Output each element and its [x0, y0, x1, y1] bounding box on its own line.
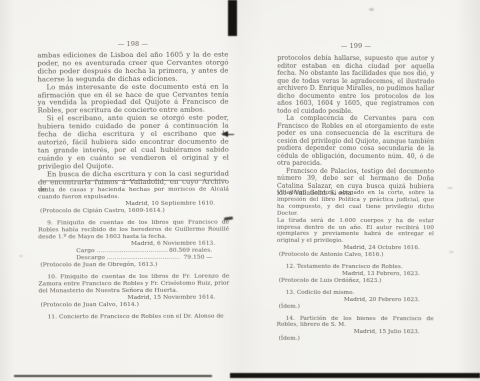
footnote-entry-text: Partición de los bienes de Francisco de …	[277, 315, 434, 328]
footnote-continuation: venta de casas y hacienda hechas por mor…	[38, 187, 229, 202]
footnote-source: (Protocolo de Luis Ordóñez, 1623.)	[277, 278, 434, 285]
ink-arrow-mark	[221, 131, 235, 138]
footnote-entry: 11. Concierto de Francisco de Robles con…	[39, 314, 230, 322]
footnote-entry-number: 14.	[286, 315, 295, 321]
body-paragraph: protocolos debía hallarse, supuesto que …	[277, 55, 434, 115]
footnote-entry-number: 12.	[286, 264, 295, 270]
body-paragraph: La complacencia de Cervantes para con Fr…	[277, 115, 434, 168]
footnote-entry-text: Finiquito de cuentas de los libros que F…	[38, 220, 229, 241]
account-row-descargo: Descargo ...............................…	[76, 255, 212, 263]
left-body-text: ambas ediciones de Lisboa del año 1605 y…	[37, 52, 229, 195]
scan-edge-bar-bottom-right	[230, 373, 480, 378]
footnote-entry-number: 11.	[48, 314, 58, 320]
right-footnotes: Villadiego Gamuza, abogado en la corte, …	[277, 190, 434, 345]
footnote-entry-text: Finiquito de cuentas de los libros de Fr…	[38, 274, 229, 295]
scan-speck	[369, 8, 374, 11]
right-body-text: protocolos debía hallarse, supuesto que …	[277, 55, 434, 198]
account-value: 79.150 —	[183, 255, 212, 262]
footnote-entry-text: Codicilo del mismo.	[297, 290, 355, 296]
footnote-entry-text: Concierto de Francisco de Robles con el …	[59, 314, 224, 321]
footnote-entry: 14. Partición de los bienes de Francisco…	[277, 315, 434, 329]
body-paragraph: ambas ediciones de Lisboa del año 1605 y…	[37, 52, 228, 84]
footnote-entry-text: Testamento de Francisco de Robles.	[297, 264, 403, 270]
footnote-source: (Ídem.)	[277, 303, 434, 310]
footnote-source: (Protocolo de Antonio Calvo, 1616.)	[277, 252, 434, 259]
footnote-entry-number: 10.	[47, 274, 57, 280]
scan-speck	[447, 187, 453, 189]
footnote-entry-number: 13.	[286, 290, 295, 296]
page-number-left: — 198 —	[37, 40, 228, 49]
footnote-continuation: Villadiego Gamuza, abogado en la corte, …	[277, 190, 434, 218]
left-page: — 198 — ambas ediciones de Lisboa del añ…	[37, 0, 230, 381]
footnote-source: (Ídem.)	[277, 336, 434, 343]
body-paragraph: Lo más interesante de este documento est…	[38, 83, 229, 115]
body-paragraph: Si el escribano, ante quien se otorgó es…	[38, 115, 229, 171]
right-page: — 199 — protocolos debía hallarse, supue…	[277, 0, 435, 381]
footnote-paragraph: La tirada será de 1.600 cuerpos y ha de …	[277, 217, 434, 245]
footnote-entry: 9. Finiquito de cuentas de los libros qu…	[38, 220, 229, 242]
gutter-shadow-bar	[228, 0, 237, 36]
footnote-entry: 10. Finiquito de cuentas de los libros d…	[38, 274, 229, 296]
ink-arrow-tail	[227, 134, 234, 136]
scan-speck	[449, 251, 454, 253]
footnote-source: (Protocolo de Juan de Obregón, 1613.)	[38, 262, 229, 270]
leader-dots: ......................................	[107, 255, 182, 262]
page-number-right: — 199 —	[277, 42, 434, 50]
footnote-source: (Protocolo de Juan Calvo, 1614.)	[38, 302, 229, 310]
scan-speck	[19, 255, 23, 257]
left-footnotes: venta de casas y hacienda hechas por mor…	[38, 187, 230, 322]
book-scan: — 198 — ambas ediciones de Lisboa del añ…	[0, 0, 480, 381]
footnote-source: (Protocolo de Cipián Castro, 1609-1614.)	[38, 208, 229, 216]
scan-edge-line-bottom-left	[14, 375, 212, 377]
footnote-entry-number: 9.	[47, 220, 53, 226]
